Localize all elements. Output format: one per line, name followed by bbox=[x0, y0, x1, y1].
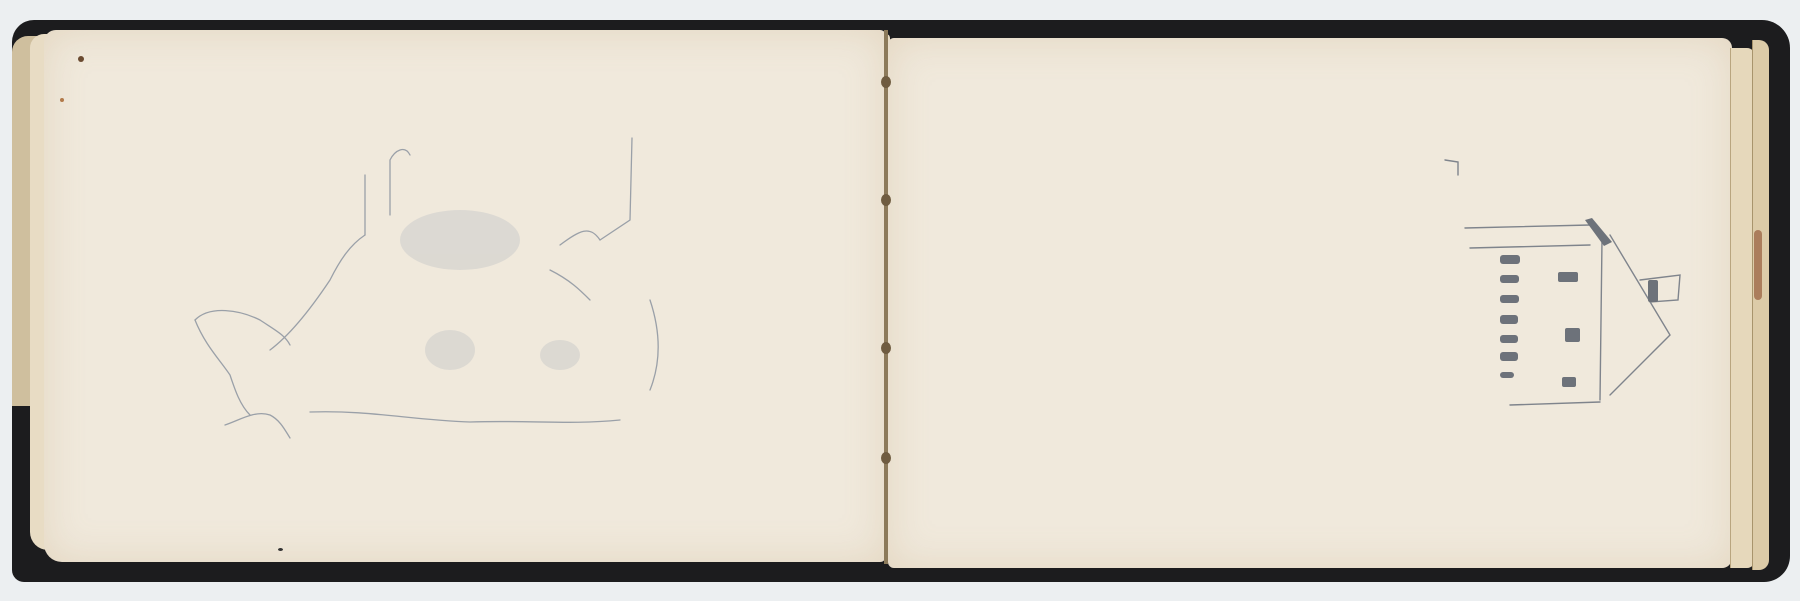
page-stack-right-outer bbox=[1752, 40, 1769, 570]
binding-stitch bbox=[881, 76, 891, 88]
binding-stitch bbox=[881, 194, 891, 206]
foxing-spot bbox=[78, 56, 84, 62]
left-pencil-sketch bbox=[150, 120, 710, 440]
rust-stain bbox=[1754, 230, 1762, 300]
binding-stitch bbox=[881, 342, 891, 354]
binding-stitch bbox=[881, 452, 891, 464]
right-pencil-sketch-building bbox=[1420, 140, 1720, 420]
foxing-spot bbox=[278, 548, 283, 551]
foxing-spot bbox=[60, 98, 64, 102]
binding-gutter bbox=[884, 30, 888, 564]
